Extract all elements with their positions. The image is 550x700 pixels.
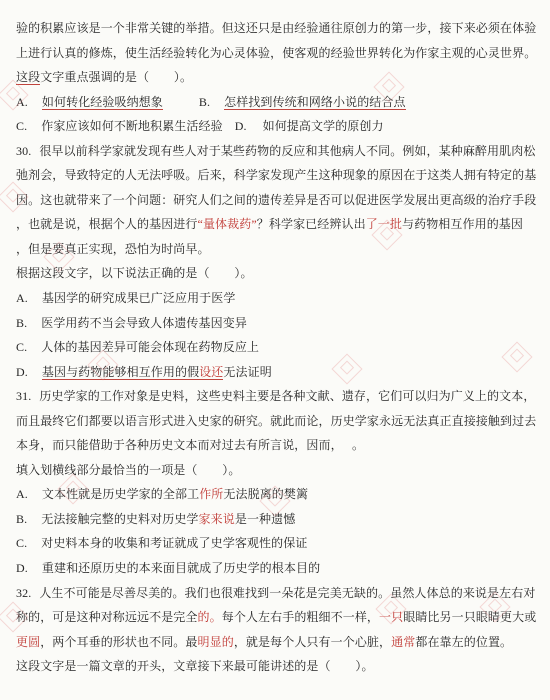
- red-annotated-text-segment: 了一批: [366, 217, 402, 231]
- text-line: ，也就是说，根据个人的基因进行“量体裁药”？科学家已经辨认出了一批与药物相互作用…: [16, 212, 536, 237]
- red-annotated-text-segment: 明显的: [198, 635, 234, 649]
- text-line: A.如何转化经验吸纳想象B.怎样找到传统和网络小说的结合点: [16, 90, 536, 115]
- text-segment: 如何提高文学的原创力: [263, 119, 384, 133]
- text-segment: 重建和还原历史的本来面目就成了历史学的根本目的: [42, 561, 320, 575]
- red-annotated-text-segment: 作所: [199, 487, 223, 501]
- text-segment: A.: [16, 487, 28, 501]
- text-segment: 历史学家的工作对象是史料，这些史料主要是各种文献、遗存，它们可以归为广义上的文本…: [39, 389, 535, 403]
- text-segment: 验的积累应该是一个非常关键的举措。但这还只是由经验通往原创力的第一步，接下来必须…: [16, 21, 536, 35]
- text-line: B.无法接触完整的史料对历史学家来说是一种遗憾: [16, 507, 536, 532]
- text-line: 30.很早以前科学家就发现有些人对于某些药物的反应和其他病人不同。例如，某种麻醉…: [16, 139, 536, 164]
- text-segment: ？科学家已经辨认出: [257, 217, 366, 231]
- text-segment: 而且最终它们都要以语言形式进入史家的研究。就此而论，历史学家永远无法真正直接接触…: [16, 414, 536, 428]
- text-segment: D.: [16, 561, 28, 575]
- text-line: 本身，而只能借助于各种历史文本而对过去有所言说，因而， 。: [16, 433, 536, 458]
- text-line: 上进行认真的修炼，使生活经验转化为心灵体验，使客观的经验世界转化为作家主观的心灵…: [16, 41, 536, 66]
- red-annotated-text-segment: 家来说: [199, 512, 235, 526]
- text-line: 这段文字重点强调的是（ ）。: [16, 65, 536, 90]
- underlined-text-segment: 如何转化经验吸纳想象: [42, 95, 163, 110]
- text-segment: 很早以前科学家就发现有些人对于某些药物的反应和其他病人不同。例如，某种麻醉用肌肉…: [39, 144, 535, 158]
- text-segment: B.: [16, 512, 27, 526]
- text-line: C.人体的基因差异可能会体现在药物反应上: [16, 335, 536, 360]
- text-segment: ，就是每个人只有一个心脏，: [234, 635, 391, 649]
- text-segment: 根据这段文字，以下说法正确的是（ ）。: [16, 266, 253, 280]
- text-segment: D.: [16, 365, 28, 379]
- text-line: 32.人生不可能是尽善尽美的。我们也很难找到一朵花是完美无缺的。虽然人体总的来说…: [16, 581, 536, 606]
- red-annotated-text-segment: 一只: [379, 610, 403, 624]
- text-segment: ，也就是说，根据个人的基因进行: [16, 217, 198, 231]
- text-segment: D.: [235, 119, 247, 133]
- text-line: B.医学用药不当会导致人体遗传基因变异: [16, 311, 536, 336]
- text-line: 因。这也就带来了一个问题：研究人们之间的遗传差异是否可以促进医学发展出更高级的治…: [16, 188, 536, 213]
- red-annotated-text-segment: 更圆: [16, 635, 40, 649]
- text-line: C.作家应该如何不断地积累生活经验D.如何提高文学的原创力: [16, 114, 536, 139]
- text-line: A.基因学的研究成果已广泛应用于医学: [16, 286, 536, 311]
- text-line: C.对史料本身的收集和考证就成了史学客观性的保证: [16, 531, 536, 556]
- text-segment: B.: [16, 316, 27, 330]
- red-annotated-text-segment: “量体裁药”: [198, 217, 257, 231]
- text-segment: 都在靠左的位置。: [415, 635, 512, 649]
- text-segment: 填入划横线部分最恰当的一项是（ ）。: [16, 463, 241, 477]
- text-segment: 作家应该如何不断地积累生活经验: [41, 119, 223, 133]
- text-segment: 人生不可能是尽善尽美的。我们也很难找到一朵花是完美无缺的。虽然人体总的来说是左右…: [39, 586, 535, 600]
- text-line: D.基因与药物能够相互作用的假设还无法证明: [16, 360, 536, 385]
- text-segment: 称的，可是这种对称远远不是完全: [16, 610, 198, 624]
- text-segment: 文字重点强调的是（ ）。: [40, 70, 192, 84]
- text-segment: A.: [16, 95, 28, 109]
- text-segment: C.: [16, 119, 27, 133]
- text-line: ，但是要真正实现，恐怕为时尚早。: [16, 237, 536, 262]
- text-line: 31.历史学家的工作对象是史料，这些史料主要是各种文献、遗存，它们可以归为广义上…: [16, 384, 536, 409]
- text-segment: 医学用药不当会导致人体遗传基因变异: [41, 316, 247, 330]
- text-segment: ，两个耳垂的形状也不同。最: [40, 635, 197, 649]
- text-segment: 30.: [16, 144, 31, 158]
- text-segment: 无法脱离的樊篱: [223, 487, 308, 501]
- text-line: 验的积累应该是一个非常关键的举措。但这还只是由经验通往原创力的第一步，接下来必须…: [16, 16, 536, 41]
- text-segment: 无法证明: [223, 365, 271, 379]
- text-segment: 因。这也就带来了一个问题：研究人们之间的遗传差异是否可以促进医学发展出更高级的治…: [16, 193, 536, 207]
- text-segment: 人体的基因差异可能会体现在药物反应上: [41, 340, 259, 354]
- underlined-text-segment: 这段: [16, 70, 40, 85]
- underlined-text-segment: 基因与药物能够相互作用的假: [42, 365, 199, 380]
- text-line: 根据这段文字，以下说法正确的是（ ）。: [16, 261, 536, 286]
- text-line: 称的，可是这种对称远远不是完全的。每个人左右手的粗细不一样，一只眼睛比另一只眼睛…: [16, 605, 536, 630]
- text-segment: 文本性就是历史学家的全部工: [42, 487, 199, 501]
- text-segment: 上进行认真的修炼，使生活经验转化为心灵体验，使客观的经验世界转化为作家主观的心灵…: [16, 46, 536, 60]
- text-segment: 31.: [16, 389, 31, 403]
- text-segment: 这段文字是一篇文章的开头，文章接下来最可能讲述的是（ ）。: [16, 659, 374, 673]
- text-line: A.文本性就是历史学家的全部工作所无法脱离的樊篱: [16, 482, 536, 507]
- text-line: D.重建和还原历史的本来面目就成了历史学的根本目的: [16, 556, 536, 581]
- text-line: 更圆，两个耳垂的形状也不同。最明显的，就是每个人只有一个心脏，通常都在靠左的位置…: [16, 630, 536, 655]
- text-segment: 32.: [16, 586, 31, 600]
- text-line: 填入划横线部分最恰当的一项是（ ）。: [16, 458, 536, 483]
- text-segment: C.: [16, 340, 27, 354]
- text-segment: 本身，而只能借助于各种历史文本而对过去有所言说，因而， 。: [16, 438, 364, 452]
- text-segment: 与药物相互作用的基因: [402, 217, 523, 231]
- text-line: 这段文字是一篇文章的开头，文章接下来最可能讲述的是（ ）。: [16, 654, 536, 679]
- text-line: 而且最终它们都要以语言形式进入史家的研究。就此而论，历史学家永远无法真正直接接触…: [16, 409, 536, 434]
- text-segment: B.: [199, 95, 210, 109]
- red-annotated-text-segment: 通常: [391, 635, 415, 649]
- text-segment: 是一种遗憾: [235, 512, 296, 526]
- text-segment: C.: [16, 536, 27, 550]
- text-segment: 眼睛比另一只眼睛更大或: [403, 610, 536, 624]
- red-annotated-text-segment: 的。: [198, 610, 222, 624]
- text-segment: 每个人左右手的粗细不一样，: [222, 610, 379, 624]
- text-line: 弛剂会，导致特定的人无法呼吸。后来，科学家发现产生这种现象的原因在于这类人拥有特…: [16, 163, 536, 188]
- text-segment: A.: [16, 291, 28, 305]
- text-segment: 无法接触完整的史料对历史学: [41, 512, 198, 526]
- text-segment: ，但是要真正实现，恐怕为时尚早。: [16, 242, 210, 256]
- underlined-text-segment: 设还: [199, 365, 223, 380]
- text-segment: 基因学的研究成果已广泛应用于医学: [42, 291, 236, 305]
- underlined-text-segment: 怎样找到传统和网络小说的结合点: [224, 95, 406, 110]
- text-segment: 对史料本身的收集和考证就成了史学客观性的保证: [41, 536, 307, 550]
- text-segment: 弛剂会，导致特定的人无法呼吸。后来，科学家发现产生这种现象的原因在于这类人拥有特…: [16, 168, 536, 182]
- document-page: 验的积累应该是一个非常关键的举措。但这还只是由经验通往原创力的第一步，接下来必须…: [0, 0, 550, 700]
